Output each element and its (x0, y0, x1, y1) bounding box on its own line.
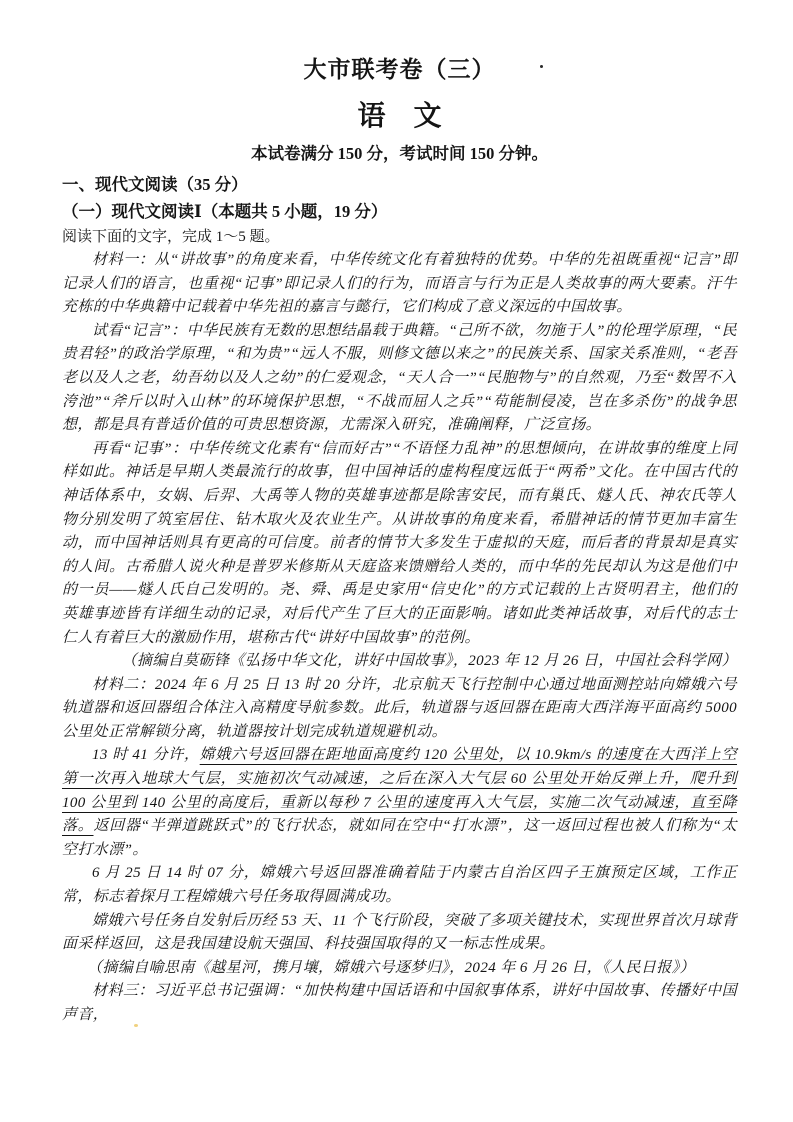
reading-instruction: 阅读下面的文字，完成 1～5 题。 (62, 225, 737, 249)
material-one-paragraph-2: 试看“记言”：中华民族有无数的思想结晶载于典籍。“己所不欲，勿施于人”的伦理学原… (62, 320, 737, 438)
scan-speck-mark (540, 65, 543, 68)
material-two-paragraph-4: 嫦娥六号任务自发射后历经 53 天、11 个飞行阶段，突破了多项关键技术，实现世… (62, 910, 737, 957)
exam-note: 本试卷满分 150 分，考试时间 150 分钟。 (62, 142, 737, 166)
material-one-paragraph-1: 材料一：从“讲故事”的角度来看，中华传统文化有着独特的优势。中华的先祖既重视“记… (62, 249, 737, 320)
material-one-attribution: （摘编自莫砺锋《弘扬中华文化，讲好中国故事》，2023 年 12 月 26 日，… (62, 650, 737, 674)
page-title: 大市联考卷（三） (62, 56, 737, 84)
material-two-paragraph-1: 材料二：2024 年 6 月 25 日 13 时 20 分许，北京航天飞行控制中… (62, 674, 737, 745)
section-heading: 一、现代文阅读（35 分） (62, 171, 737, 198)
material-two-paragraph-2-prefix: 13 时 41 分许， (92, 747, 200, 763)
exam-paper-page: 大市联考卷（三） 语 文 本试卷满分 150 分，考试时间 150 分钟。 一、… (0, 0, 793, 1122)
scan-yellow-speck (134, 1024, 138, 1027)
material-one-paragraph-3: 再看“记事”：中华传统文化素有“信而好古”“不语怪力乱神”的思想倾向，在讲故事的… (62, 438, 737, 650)
material-two-paragraph-2: 13 时 41 分许，嫦娥六号返回器在距地面高度约 120 公里处，以 10.9… (62, 744, 737, 862)
material-three-paragraph-1: 材料三：习近平总书记强调：“加快构建中国话语和中国叙事体系，讲好中国故事、传播好… (62, 980, 737, 1027)
reading-passage: 材料一：从“讲故事”的角度来看，中华传统文化有着独特的优势。中华的先祖既重视“记… (62, 249, 737, 1028)
material-two-paragraph-3: 6 月 25 日 14 时 07 分，嫦娥六号返回器准确着陆于内蒙古自治区四子王… (62, 862, 737, 909)
material-two-paragraph-2-suffix: 返回器“半弹道跳跃式”的飞行状态，就如同在空中“打水漂”，这一返回过程也被人们称… (62, 818, 737, 858)
subsection-heading: （一）现代文阅读Ⅰ（本题共 5 小题，19 分） (62, 198, 737, 225)
subject-title: 语 文 (62, 100, 737, 134)
material-two-attribution: （摘编自喻思南《越星河，携月壤，嫦娥六号逐梦归》，2024 年 6 月 26 日… (62, 957, 737, 981)
